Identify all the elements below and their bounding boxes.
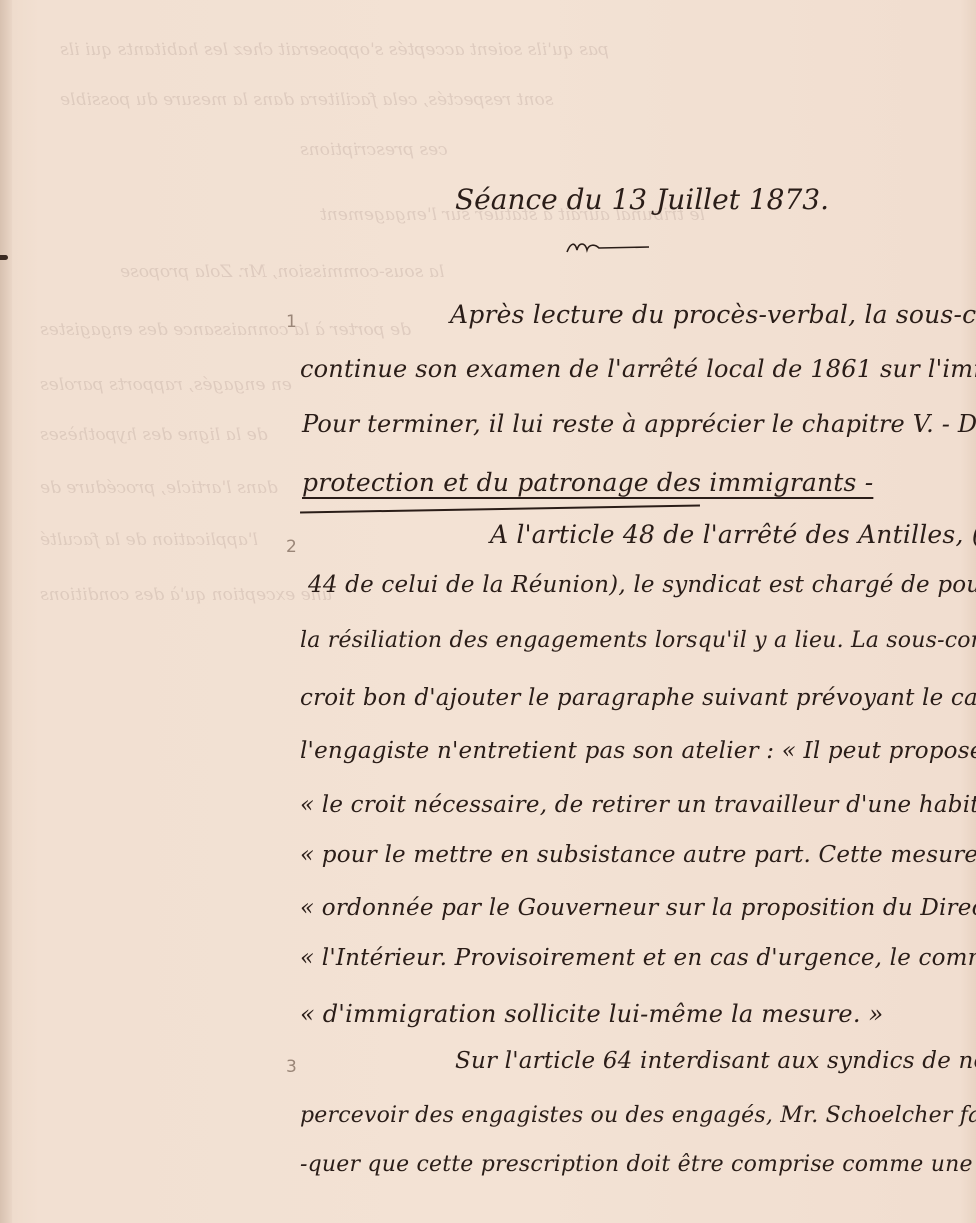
bleed-through-text: l'application de la faculté bbox=[40, 530, 258, 550]
text-line: « l'Intérieur. Provisoirement et en cas … bbox=[300, 945, 976, 971]
text-line: « d'immigration sollicite lui-même la me… bbox=[300, 1000, 883, 1028]
text-line: Pour terminer, il lui reste à apprécier … bbox=[302, 410, 976, 438]
text-line: « le croit nécessaire, de retirer un tra… bbox=[300, 792, 976, 818]
text-line: -quer que cette prescription doit être c… bbox=[300, 1152, 976, 1177]
text-line: croit bon d'ajouter le paragraphe suivan… bbox=[300, 685, 976, 711]
margin-number: 3 bbox=[286, 1057, 297, 1077]
bleed-through-text: sont respectés, cela facilitera dans la … bbox=[60, 90, 553, 110]
session-heading: Séance du 13 Juillet 1873. bbox=[455, 183, 829, 216]
bleed-through-text: en engagés, rapports paroles bbox=[40, 375, 292, 395]
bleed-through-text: pas qu'ils soient acceptés s'opposerait … bbox=[60, 40, 609, 60]
text-line: percevoir des engagistes ou des engagés,… bbox=[300, 1103, 976, 1128]
text-line: A l'article 48 de l'arrêté des Antilles,… bbox=[490, 520, 976, 549]
text-line: l'engagiste n'entretient pas son atelier… bbox=[300, 738, 976, 764]
text-line: Après lecture du procès-verbal, la sous-… bbox=[450, 300, 976, 329]
text-line: continue son examen de l'arrêté local de… bbox=[300, 355, 976, 383]
flourish-icon bbox=[565, 240, 651, 256]
bleed-through-text: de la ligne des hypothèses bbox=[40, 425, 268, 445]
text-line: « pour le mettre en subsistance autre pa… bbox=[300, 842, 976, 868]
bleed-through-text: dans l'article, procédure de bbox=[40, 478, 278, 498]
margin-number: 1 bbox=[286, 312, 297, 332]
pin-mark bbox=[0, 255, 8, 260]
binding-edge bbox=[0, 0, 12, 1223]
text-line: « ordonnée par le Gouverneur sur la prop… bbox=[300, 895, 976, 921]
manuscript-page: pas qu'ils soient acceptés s'opposerait … bbox=[0, 0, 976, 1223]
bleed-through-text: ces prescriptions bbox=[300, 140, 448, 160]
text-line: Sur l'article 64 interdisant aux syndics… bbox=[455, 1048, 976, 1074]
text-line: 44 de celui de la Réunion), le syndicat … bbox=[308, 572, 976, 598]
bleed-through-text: une exception qu'à des conditions bbox=[40, 585, 333, 605]
margin-number: 2 bbox=[286, 537, 297, 557]
text-line: la résiliation des engagements lorsqu'il… bbox=[300, 628, 976, 653]
text-line-underlined: protection et du patronage des immigrant… bbox=[302, 468, 873, 497]
underline-rule bbox=[300, 505, 700, 513]
bleed-through-text: la sous-commission, Mr. Zola propose bbox=[120, 262, 444, 282]
bleed-through-text: de porter à la connaissance des engagist… bbox=[40, 320, 411, 340]
